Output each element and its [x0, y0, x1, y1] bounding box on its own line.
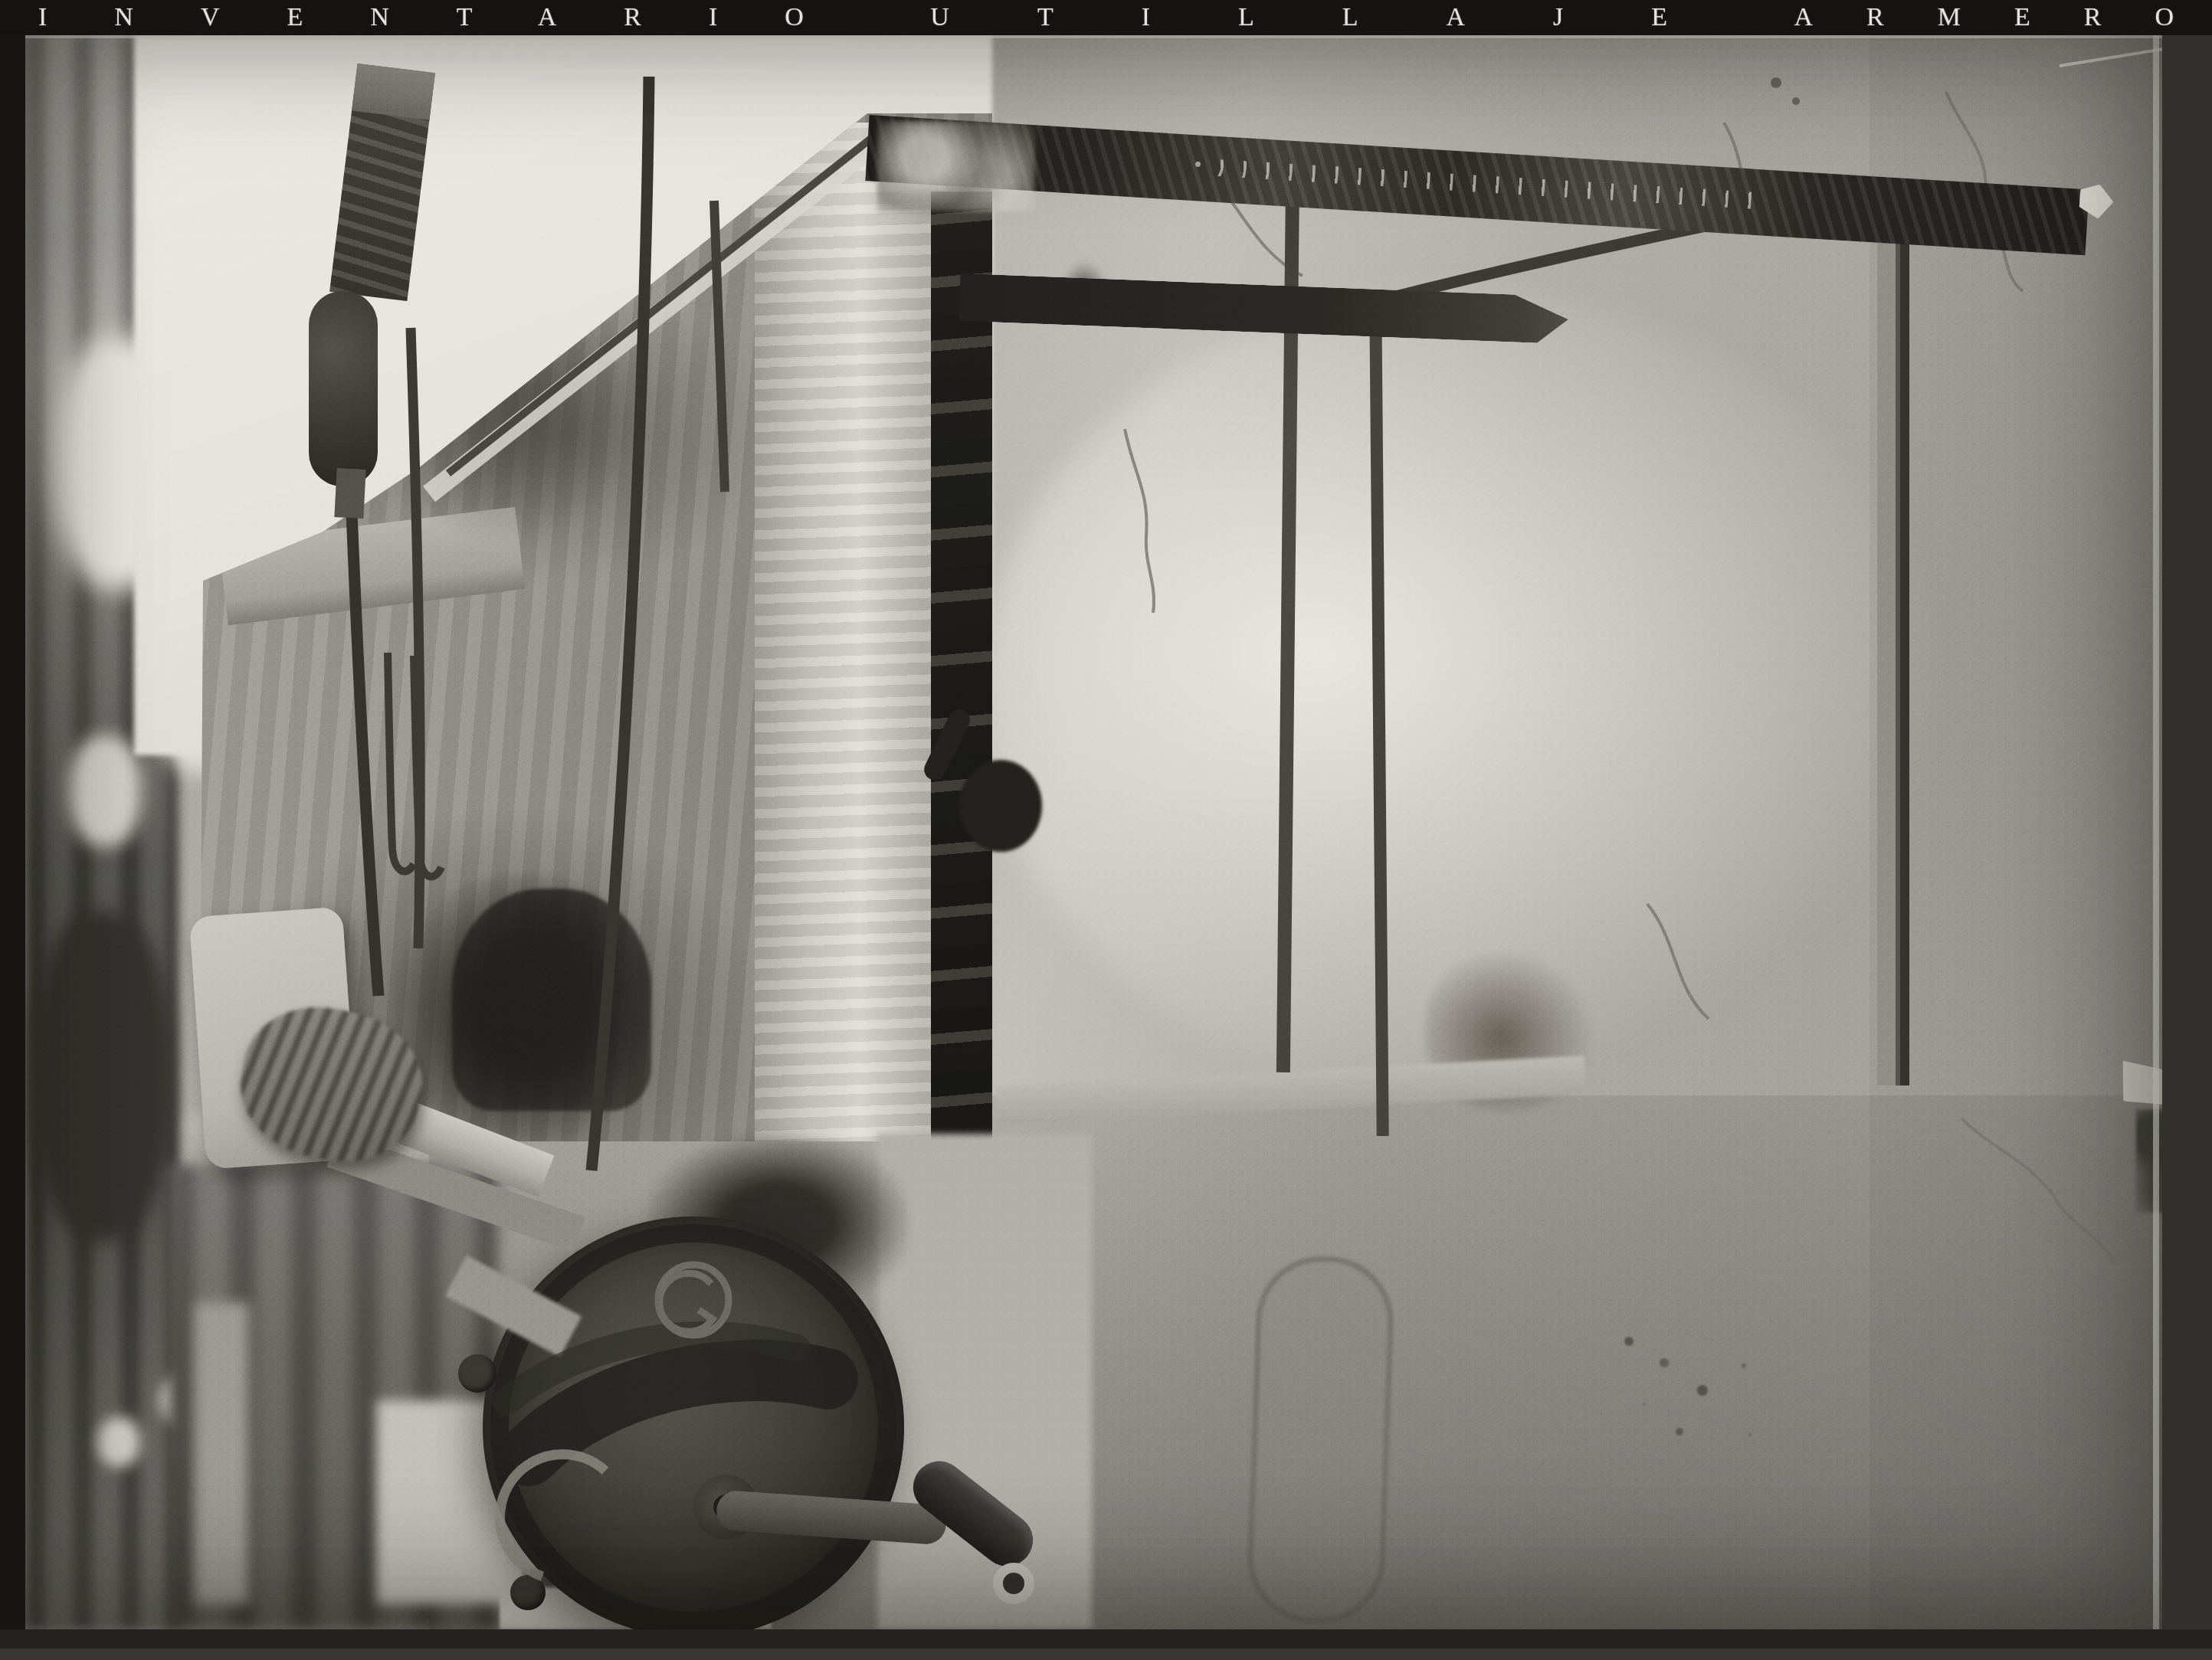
frame-right-border — [2162, 21, 2212, 1660]
title-bar: INVENTARIO UTILLAJE ARMERO — [0, 0, 2212, 35]
scan-edge-strip — [0, 1649, 2212, 1660]
scanned-inventory-page: INVENTARIO UTILLAJE ARMERO — [0, 0, 2212, 1660]
frame-left-border — [0, 35, 25, 1660]
title-word-utillaje: UTILLAJE — [930, 3, 1755, 32]
title-word-armero: ARMERO — [1794, 3, 2212, 32]
title-word-inventario: INVENTARIO — [38, 3, 871, 32]
photo-vignette — [25, 35, 2162, 1629]
